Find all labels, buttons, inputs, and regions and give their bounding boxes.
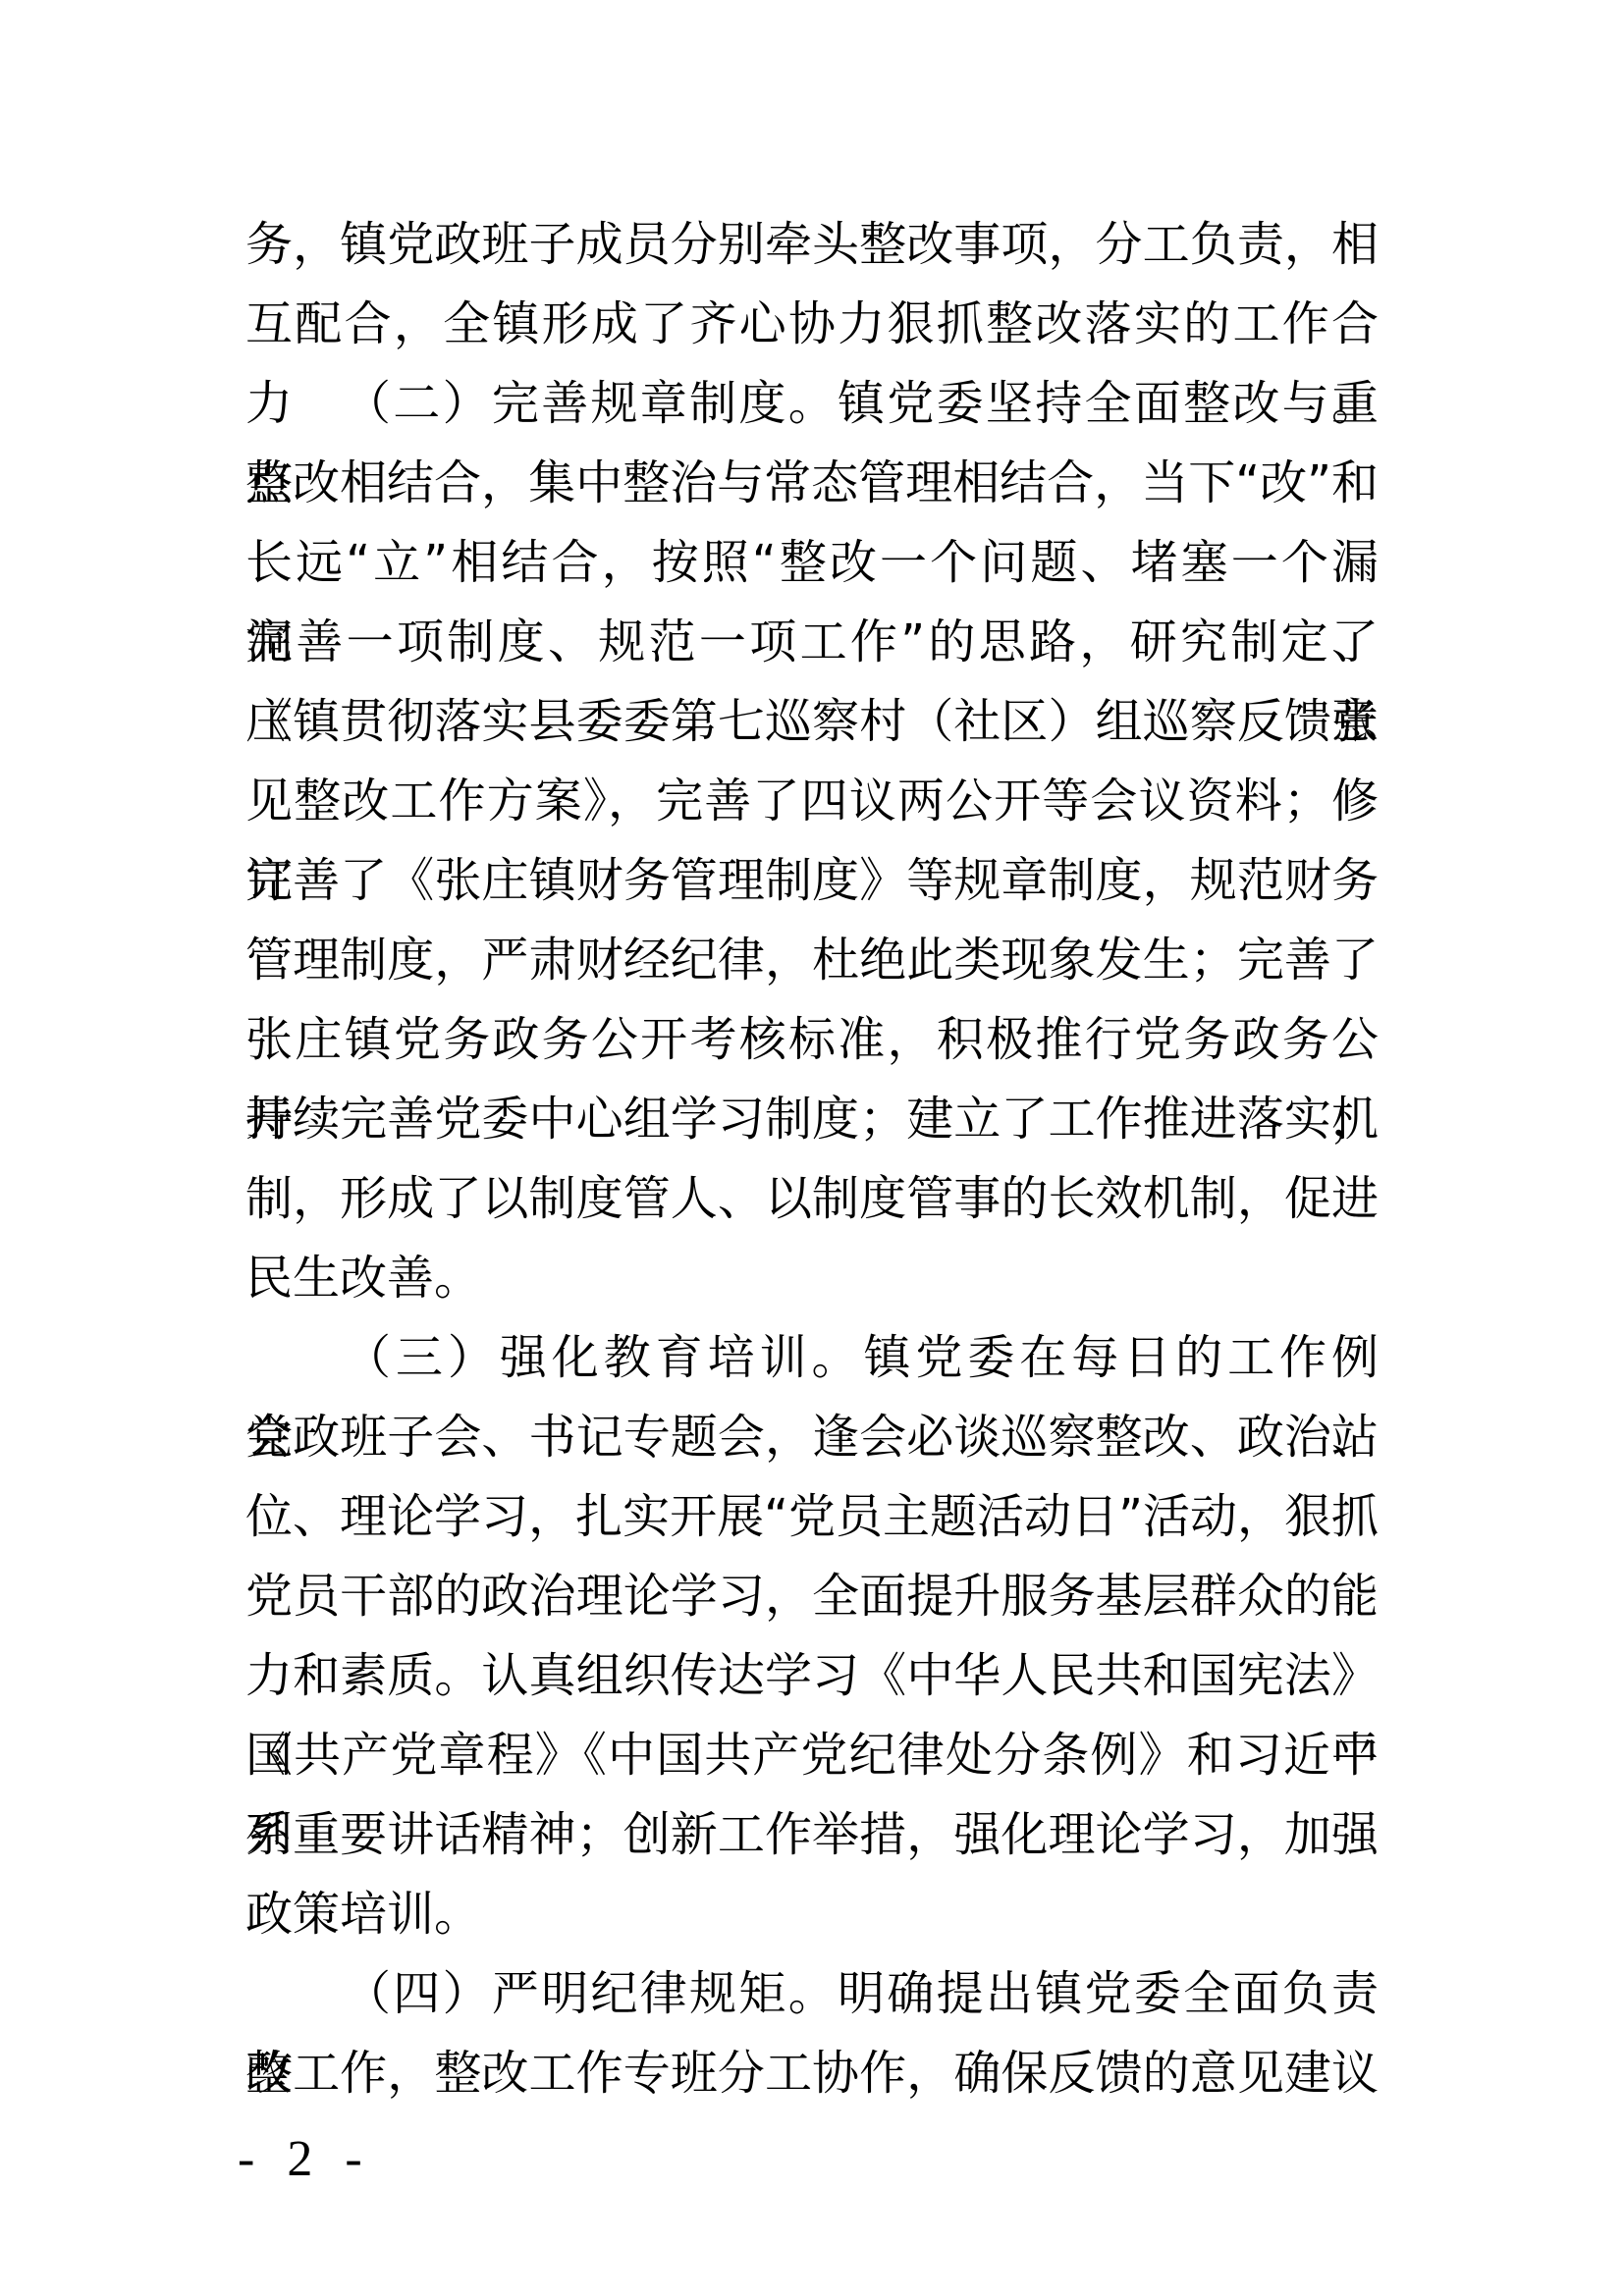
page-number: - 2 -: [238, 2130, 372, 2189]
text-line: 长远“立”相结合，按照“整改一个问题、堵塞一个漏洞、: [245, 523, 1379, 603]
text-line: 持续完善党委中心组学习制度；建立了工作推进落实机: [245, 1080, 1379, 1159]
text-line: （四）严明纪律规矩。明确提出镇党委全面负责整: [245, 1954, 1379, 2034]
text-line: 政策培训。: [245, 1875, 1379, 1954]
document-body: 务，镇党政班子成员分别牵头整改事项，分工负责，相互配合，全镇形成了齐心协力狠抓整…: [245, 205, 1379, 2113]
text-line: （二）完善规章制度。镇党委坚持全面整改与重点: [245, 364, 1379, 444]
text-line: 见整改工作方案》，完善了四议两公开等会议资料；修订: [245, 762, 1379, 841]
text-line: 制，形成了以制度管人、以制度管事的长效机制，促进: [245, 1159, 1379, 1239]
text-line: （三）强化教育培训。镇党委在每日的工作例会、: [245, 1318, 1379, 1398]
text-line: 列重要讲话精神；创新工作举措，强化理论学习，加强: [245, 1795, 1379, 1875]
text-line: 张庄镇党务政务公开考核标准，积极推行党务政务公开，: [245, 1000, 1379, 1080]
text-line: 党员干部的政治理论学习，全面提升服务基层群众的能: [245, 1557, 1379, 1636]
text-line: 力和素质。认真组织传达学习《中华人民共和国宪法》《中: [245, 1636, 1379, 1716]
text-line: 务，镇党政班子成员分别牵头整改事项，分工负责，相: [245, 205, 1379, 285]
text-line: 改工作，整改工作专班分工协作，确保反馈的意见建议: [245, 2034, 1379, 2113]
text-line: 庄镇贯彻落实县委委第七巡察村（社区）组巡察反馈意: [245, 682, 1379, 762]
text-line: 民生改善。: [245, 1239, 1379, 1318]
text-line: 互配合，全镇形成了齐心协力狠抓整改落实的工作合力。: [245, 285, 1379, 364]
text-line: 位、理论学习，扎实开展“党员主题活动日”活动，狠抓: [245, 1477, 1379, 1557]
text-line: 整改相结合，集中整治与常态管理相结合，当下“改”和: [245, 444, 1379, 523]
document-page: 务，镇党政班子成员分别牵头整改事项，分工负责，相互配合，全镇形成了齐心协力狠抓整…: [0, 0, 1624, 2296]
text-line: 党政班子会、书记专题会，逢会必谈巡察整改、政治站: [245, 1398, 1379, 1477]
text-line: 完善一项制度、规范一项工作”的思路，研究制定了《张: [245, 603, 1379, 682]
text-line: 完善了《张庄镇财务管理制度》等规章制度，规范财务: [245, 841, 1379, 921]
text-line: 国共产党章程》《中国共产党纪律处分条例》和习近平系: [245, 1716, 1379, 1795]
text-line: 管理制度，严肃财经纪律，杜绝此类现象发生；完善了: [245, 921, 1379, 1000]
